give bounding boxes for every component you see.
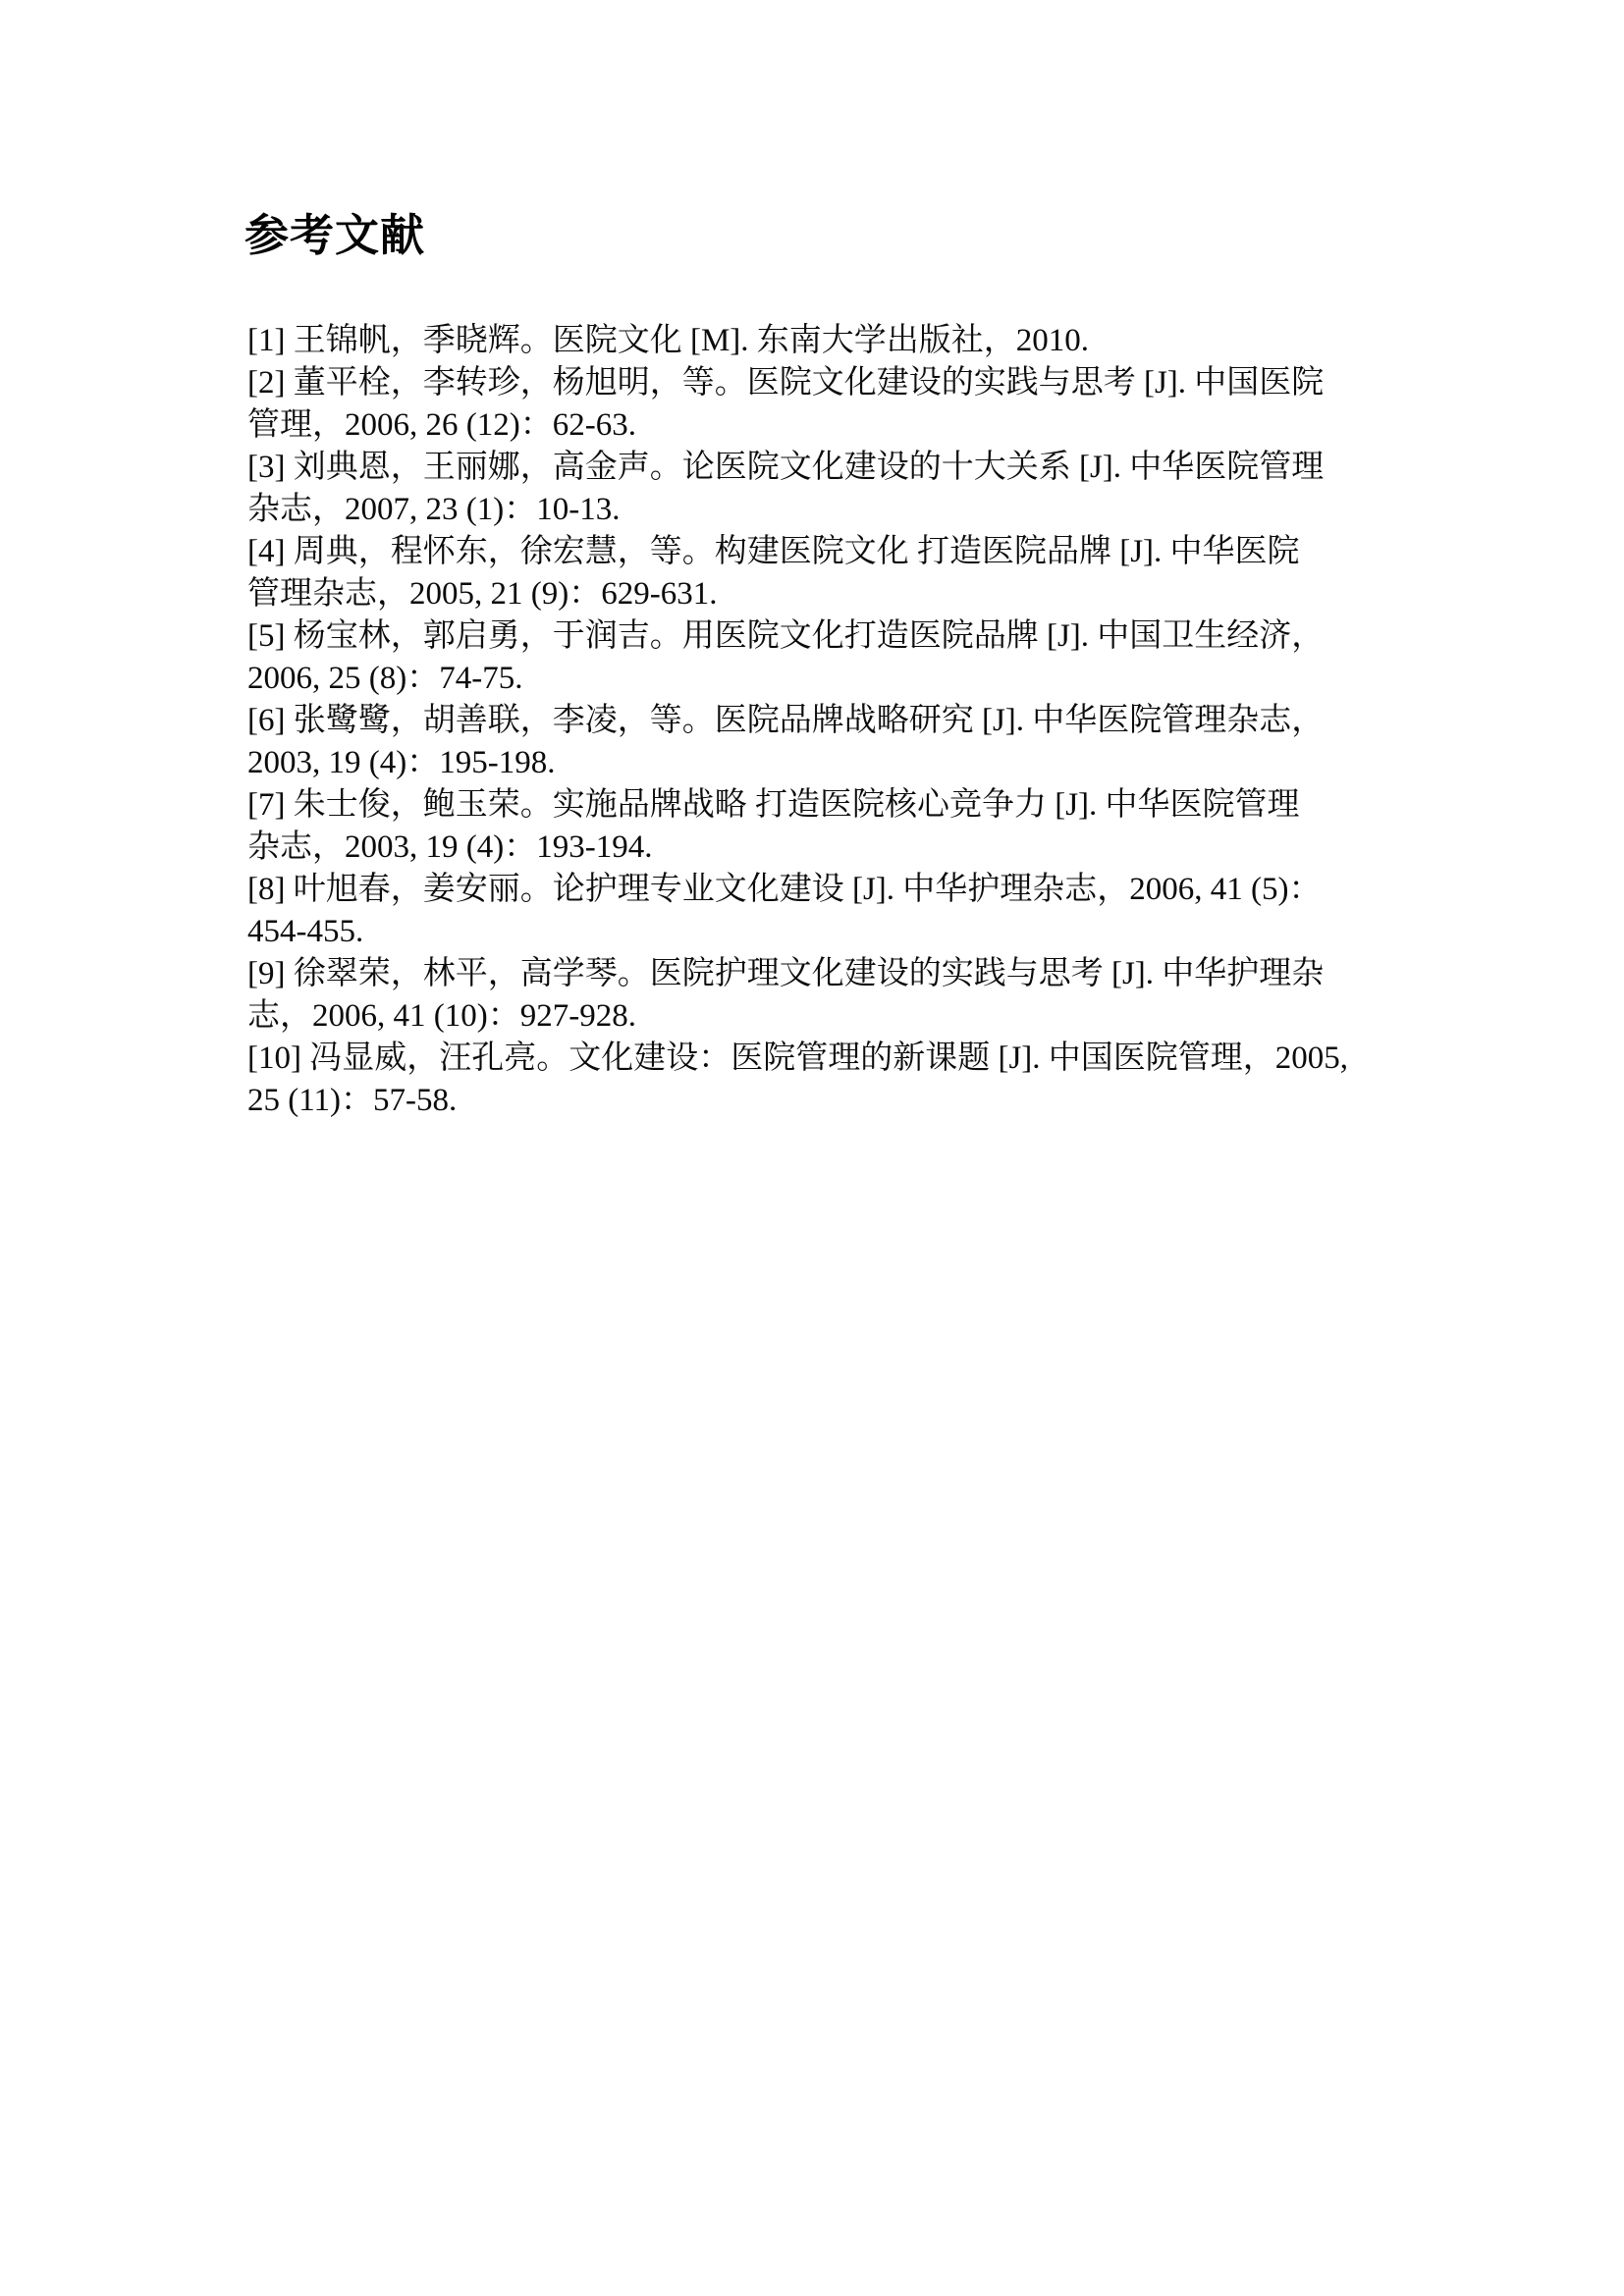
reference-line: [10] 冯显威，汪孔亮。文化建设：医院管理的新课题 [J]. 中国医院管理，2… <box>247 1038 1401 1080</box>
reference-line: 2003, 19 (4)：195-198. <box>247 742 1401 784</box>
reference-line: [4] 周典，程怀东，徐宏慧，等。构建医院文化 打造医院品牌 [J]. 中华医院 <box>247 531 1401 573</box>
reference-line: 454-455. <box>247 911 1401 953</box>
reference-line: 2006, 25 (8)：74-75. <box>247 658 1401 700</box>
reference-item: [5] 杨宝林，郭启勇，于润吉。用医院文化打造医院品牌 [J]. 中国卫生经济，… <box>247 615 1401 700</box>
reference-line: [8] 叶旭春，姜安丽。论护理专业文化建设 [J]. 中华护理杂志，2006, … <box>247 869 1401 911</box>
reference-line: 志，2006, 41 (10)：927-928. <box>247 995 1401 1038</box>
reference-item: [1] 王锦帆，季晓辉。医院文化 [M]. 东南大学出版社，2010. <box>247 320 1401 362</box>
reference-line: [6] 张鹭鹭，胡善联，李凌，等。医院品牌战略研究 [J]. 中华医院管理杂志， <box>247 700 1401 742</box>
reference-item: [8] 叶旭春，姜安丽。论护理专业文化建设 [J]. 中华护理杂志，2006, … <box>247 869 1401 953</box>
reference-line: [7] 朱士俊，鲍玉荣。实施品牌战略 打造医院核心竞争力 [J]. 中华医院管理 <box>247 784 1401 827</box>
reference-item: [9] 徐翠荣，林平，高学琴。医院护理文化建设的实践与思考 [J]. 中华护理杂… <box>247 953 1401 1038</box>
reference-item: [4] 周典，程怀东，徐宏慧，等。构建医院文化 打造医院品牌 [J]. 中华医院… <box>247 531 1401 615</box>
reference-line: 杂志，2003, 19 (4)：193-194. <box>247 827 1401 869</box>
reference-item: [3] 刘典恩，王丽娜，高金声。论医院文化建设的十大关系 [J]. 中华医院管理… <box>247 447 1401 531</box>
document-page: 参考文献 [1] 王锦帆，季晓辉。医院文化 [M]. 东南大学出版社，2010.… <box>0 0 1624 2296</box>
references-list: [1] 王锦帆，季晓辉。医院文化 [M]. 东南大学出版社，2010.[2] 董… <box>247 320 1401 1122</box>
reference-item: [7] 朱士俊，鲍玉荣。实施品牌战略 打造医院核心竞争力 [J]. 中华医院管理… <box>247 784 1401 869</box>
reference-item: [2] 董平栓，李转珍，杨旭明，等。医院文化建设的实践与思考 [J]. 中国医院… <box>247 362 1401 447</box>
reference-line: 管理杂志，2005, 21 (9)：629-631. <box>247 573 1401 615</box>
reference-line: [1] 王锦帆，季晓辉。医院文化 [M]. 东南大学出版社，2010. <box>247 320 1401 362</box>
reference-line: 25 (11)：57-58. <box>247 1080 1401 1122</box>
reference-line: [5] 杨宝林，郭启勇，于润吉。用医院文化打造医院品牌 [J]. 中国卫生经济， <box>247 615 1401 658</box>
reference-line: 管理，2006, 26 (12)：62-63. <box>247 404 1401 447</box>
reference-line: [9] 徐翠荣，林平，高学琴。医院护理文化建设的实践与思考 [J]. 中华护理杂 <box>247 953 1401 995</box>
reference-line: [2] 董平栓，李转珍，杨旭明，等。医院文化建设的实践与思考 [J]. 中国医院 <box>247 362 1401 404</box>
reference-line: [3] 刘典恩，王丽娜，高金声。论医院文化建设的十大关系 [J]. 中华医院管理 <box>247 447 1401 489</box>
reference-line: 杂志，2007, 23 (1)：10-13. <box>247 489 1401 531</box>
page-title: 参考文献 <box>244 209 425 262</box>
reference-item: [6] 张鹭鹭，胡善联，李凌，等。医院品牌战略研究 [J]. 中华医院管理杂志，… <box>247 700 1401 784</box>
reference-item: [10] 冯显威，汪孔亮。文化建设：医院管理的新课题 [J]. 中国医院管理，2… <box>247 1038 1401 1122</box>
